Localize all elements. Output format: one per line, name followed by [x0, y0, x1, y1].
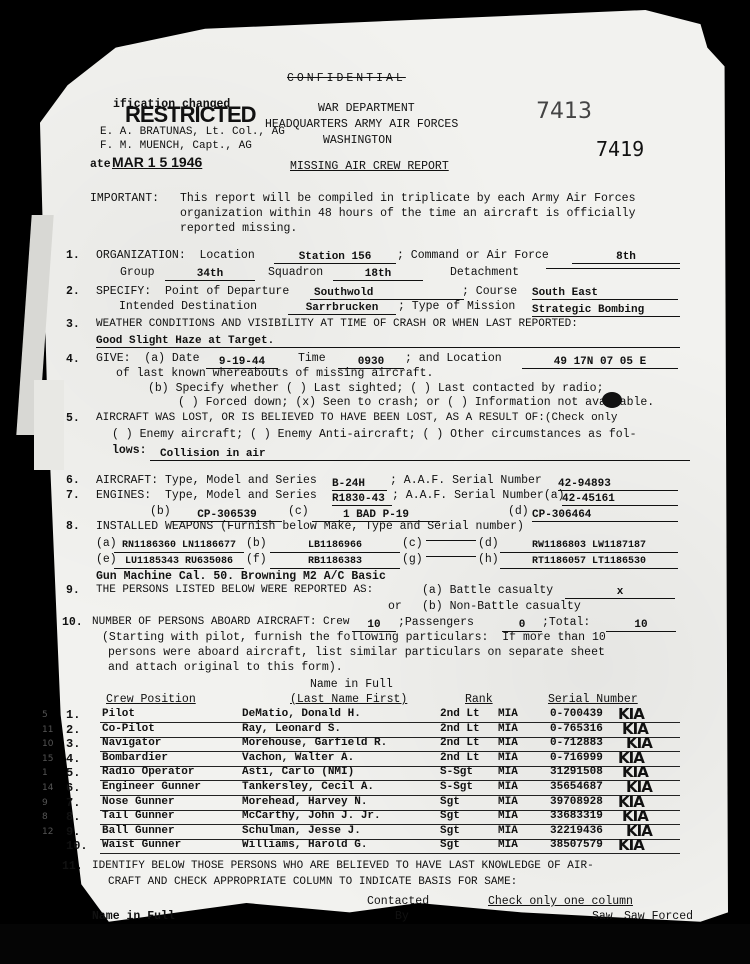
row-number: 4. [66, 752, 80, 766]
crew-name: Asti, Carlo (NMI) [242, 766, 354, 778]
declassification-date: MAR 1 5 1946 [112, 156, 202, 169]
crew-status: MIA [498, 796, 518, 808]
item-10-number: 10. [62, 616, 83, 629]
row-number: 1. [66, 708, 80, 722]
weapon-h-field: RT1186057 LT1186530 [500, 556, 678, 569]
weather-label: WEATHER CONDITIONS AND VISIBILITY AT TIM… [96, 318, 578, 331]
group-field: 34th [165, 268, 255, 281]
non-battle-casualty-label: (b) Non-Battle casualty [422, 600, 581, 613]
name-full-header: Name in Full [92, 910, 175, 923]
item-5-number: 5. [66, 412, 80, 425]
crew-status: MIA [498, 810, 518, 822]
destination-label: Intended Destination [119, 300, 257, 313]
report-title: MISSING AIR CREW REPORT [290, 160, 449, 173]
crew-status: MIA [498, 708, 518, 720]
crew-position: Tail Gunner [102, 810, 175, 822]
name-header: (Last Name First) [290, 693, 407, 706]
crew-rank: 2nd Lt [440, 723, 480, 735]
item-2-number: 2. [66, 285, 80, 298]
rank-header: Rank [465, 693, 493, 706]
margin-note: 9 [42, 798, 48, 808]
battle-casualty-label: (a) Battle casualty [422, 584, 553, 597]
lost-line-2: ( ) Enemy aircraft; ( ) Enemy Anti-aircr… [112, 428, 637, 441]
department-title: WAR DEPARTMENT [318, 102, 415, 115]
row-number: 10. [66, 839, 88, 853]
table-row: Ball GunnerSchulman, Jesse J.SgtMIA32219… [100, 825, 680, 840]
total-label: ;Total: [542, 616, 590, 629]
weapons-label: INSTALLED WEAPONS (Furnish below Make, T… [96, 520, 524, 533]
course-label: ; Course [462, 285, 517, 298]
departure-field: Southwold [310, 287, 464, 300]
group-label: Group [120, 266, 155, 279]
row-number: 9. [66, 825, 80, 839]
detachment-label: Detachment [450, 266, 519, 279]
classification-struck: CONFIDENTIAL [287, 72, 406, 85]
destination-field: Sarrbrucken [288, 302, 396, 315]
item-3-number: 3. [66, 318, 80, 331]
course-field: South East [532, 287, 678, 300]
identify-line-2: CRAFT AND CHECK APPROPRIATE COLUMN TO IN… [108, 876, 517, 889]
saw-header: Saw [592, 910, 613, 923]
row-number: 2. [66, 723, 80, 737]
crew-serial: 0-700439 [550, 708, 603, 720]
report-number: 7419 [596, 138, 644, 160]
passengers-label: ;Passengers [398, 616, 474, 629]
weapon-c-field [426, 540, 476, 541]
item-7-number: 7. [66, 489, 80, 502]
kia-annotation: KIA [618, 836, 644, 854]
crew-position: Navigator [102, 737, 161, 749]
persons-aboard-label: NUMBER OF PERSONS ABOARD AIRCRAFT: Crew [92, 616, 349, 629]
table-row: Tail GunnerMcCarthy, John J. Jr.SgtMIA33… [100, 810, 680, 825]
crew-serial: 35654687 [550, 781, 603, 793]
crew-position: Nose Gunner [102, 796, 175, 808]
command-field: 8th [572, 251, 680, 264]
mission-field: Strategic Bombing [532, 304, 680, 317]
battle-casualty-field: x [565, 586, 675, 599]
crew-rank: S-Sgt [440, 766, 473, 778]
engines-label: ENGINES: Type, Model and Series [96, 489, 317, 502]
margin-note: 14 [42, 783, 53, 793]
crew-name: Ray, Leonard S. [242, 723, 341, 735]
table-row: Waist GunnerWilliams, Harold G.SgtMIA385… [100, 839, 680, 854]
location-field: Station 156 [274, 251, 396, 264]
table-row: BombardierVachon, Walter A.2nd LtMIA0-71… [100, 752, 680, 767]
item-9-number: 9. [66, 584, 80, 597]
row-number: 3. [66, 737, 80, 751]
weapon-d-label: (d) [478, 537, 499, 550]
persons-line-3: persons were aboard aircraft, list simil… [108, 646, 605, 659]
crew-name: Vachon, Walter A. [242, 752, 354, 764]
aircraft-serial-field: 42-94893 [558, 478, 678, 491]
mission-label: ; Type of Mission [398, 300, 515, 313]
weather-field: Good Slight Haze at Target. [96, 335, 680, 348]
important-line-3: reported missing. [180, 222, 297, 235]
by-header: By [395, 910, 409, 923]
detachment-field [546, 268, 680, 269]
table-row: Nose GunnerMorehead, Harvey N.SgtMIA3970… [100, 796, 680, 811]
important-line-1: This report will be compiled in triplica… [180, 192, 635, 205]
margin-note: 11 [42, 725, 53, 735]
crew-status: MIA [498, 766, 518, 778]
crew-serial: 33683319 [550, 810, 603, 822]
crew-serial: 31291508 [550, 766, 603, 778]
lost-line-3: lows: [112, 444, 147, 457]
weapon-f-field: RB1186383 [270, 556, 400, 569]
crew-name: Morehouse, Garfield R. [242, 737, 387, 749]
table-row: Radio OperatorAsti, Carlo (NMI)S-SgtMIA3… [100, 766, 680, 781]
torn-paper-fragment [34, 380, 64, 470]
engine-serial-label: ; A.A.F. Serial Number(a) [392, 489, 565, 502]
crew-position: Engineer Gunner [102, 781, 201, 793]
give-line-2: of last known whereabouts of missing air… [116, 367, 433, 380]
item-6-number: 6. [66, 474, 80, 487]
table-row: Co-PilotRay, Leonard S.2nd LtMIA0-765316 [100, 723, 680, 738]
give-line-3: (b) Specify whether ( ) Last sighted; ( … [148, 382, 603, 395]
coordinates-field: 49 17N 07 05 E [522, 356, 678, 369]
crew-serial: 0-716999 [550, 752, 603, 764]
important-line-2: organization within 48 hours of the time… [180, 207, 635, 220]
crew-serial: 38507579 [550, 839, 603, 851]
give-line-4: ( ) Forced down; (x) Seen to crash; or (… [178, 396, 654, 409]
crew-position: Pilot [102, 708, 135, 720]
authority-line-1: E. A. BRATUNAS, Lt. Col., AG [100, 126, 285, 139]
item-8-number: 8. [66, 520, 80, 533]
crew-status: MIA [498, 723, 518, 735]
crew-name: Morehead, Harvey N. [242, 796, 367, 808]
row-number: 5. [66, 766, 80, 780]
crew-rank: Sgt [440, 796, 460, 808]
table-row: NavigatorMorehouse, Garfield R.2nd LtMIA… [100, 737, 680, 752]
table-row: PilotDeMatio, Donald H.2nd LtMIA0-700439 [100, 708, 680, 723]
loss-cause-field: Collision in air [150, 448, 690, 461]
crew-name: Williams, Harold G. [242, 839, 367, 851]
crew-rank: Sgt [440, 825, 460, 837]
crew-serial: 0-765316 [550, 723, 603, 735]
crew-position: Co-Pilot [102, 723, 155, 735]
crew-status: MIA [498, 825, 518, 837]
crew-rank: 2nd Lt [440, 737, 480, 749]
crew-serial: 0-712883 [550, 737, 603, 749]
contacted-header: Contacted [367, 895, 429, 908]
item-1-number: 1. [66, 249, 80, 262]
persons-line-2: (Starting with pilot, furnish the follow… [102, 631, 606, 644]
time-label: Time [298, 352, 326, 365]
ink-blot [602, 392, 622, 408]
row-number: 8. [66, 810, 80, 824]
weapon-b-field: LB1186966 [270, 540, 400, 553]
crew-name: Tankersley, Cecil A. [242, 781, 374, 793]
engine-type-field: R1830-43 [332, 493, 392, 506]
check-one-header: Check only one column [488, 895, 633, 908]
hq-title: HEADQUARTERS ARMY AIR FORCES [265, 118, 458, 131]
command-label: ; Command or Air Force [397, 249, 549, 262]
margin-note: 1 [42, 768, 48, 778]
engine-a-field: 42-45161 [562, 493, 678, 506]
squadron-label: Squadron [268, 266, 323, 279]
engine-b-label: (b) [150, 505, 171, 518]
table-row: Engineer GunnerTankersley, Cecil A.S-Sgt… [100, 781, 680, 796]
squadron-field: 18th [333, 268, 423, 281]
weapon-f-label: (f) [246, 553, 267, 566]
margin-note: 12 [42, 827, 53, 837]
crew-name: Schulman, Jesse J. [242, 825, 361, 837]
crew-rank: S-Sgt [440, 781, 473, 793]
crew-name: McCarthy, John J. Jr. [242, 810, 381, 822]
crew-status: MIA [498, 781, 518, 793]
city-title: WASHINGTON [323, 134, 392, 147]
weapon-c-label: (c) [402, 537, 423, 550]
scan-border [0, 924, 750, 964]
crew-rank: Sgt [440, 839, 460, 851]
restricted-stamp: RESTRICTED [125, 108, 256, 121]
item-4-number: 4. [66, 353, 80, 366]
crew-serial: 32219436 [550, 825, 603, 837]
specify-label: SPECIFY: Point of Departure [96, 285, 289, 298]
margin-note: 8 [42, 812, 48, 822]
crew-rank: 2nd Lt [440, 752, 480, 764]
row-number: 6. [66, 781, 80, 795]
crew-position: Ball Gunner [102, 825, 175, 837]
crew-serial: 39708928 [550, 796, 603, 808]
crew-position: Waist Gunner [102, 839, 181, 851]
date-label: ate [90, 158, 111, 171]
handwritten-number: 7413 [536, 100, 592, 124]
aircraft-type-field: B-24H [332, 478, 387, 491]
crew-rank: Sgt [440, 810, 460, 822]
total-field: 10 [606, 619, 676, 632]
item-11-number: 11. [62, 860, 83, 873]
weapon-g-field [426, 556, 476, 557]
name-header-top: Name in Full [310, 678, 393, 691]
engine-c-label: (c) [288, 505, 309, 518]
weapon-h-label: (h) [478, 553, 499, 566]
engine-d-label: (d) [508, 505, 529, 518]
weapons-note: Gun Machine Cal. 50. Browning M2 A/C Bas… [96, 570, 386, 583]
margin-note: 5 [42, 710, 48, 720]
crew-status: MIA [498, 752, 518, 764]
identify-line-1: IDENTIFY BELOW THOSE PERSONS WHO ARE BEL… [92, 860, 594, 873]
position-header: Crew Position [106, 693, 196, 706]
reported-as-label: THE PERSONS LISTED BELOW WERE REPORTED A… [96, 584, 373, 597]
aircraft-label: AIRCRAFT: Type, Model and Series [96, 474, 317, 487]
weapon-g-label: (g) [402, 553, 423, 566]
crew-rank: 2nd Lt [440, 708, 480, 720]
crew-status: MIA [498, 737, 518, 749]
weapon-e-field: LU1185343 RU635086 [114, 556, 244, 569]
weapon-a-field: RN1186360 LN1186677 [114, 540, 244, 553]
location-label: ; and Location [405, 352, 502, 365]
weapon-b-label: (b) [246, 537, 267, 550]
saw-forced-header: Saw Forced [624, 910, 693, 923]
or-label: or [388, 600, 402, 613]
important-label: IMPORTANT: [90, 192, 159, 205]
persons-line-4: and attach original to this form). [108, 661, 343, 674]
margin-note: 10 [42, 739, 53, 749]
aircraft-serial-label: ; A.A.F. Serial Number [390, 474, 542, 487]
organization-label: ORGANIZATION: Location [96, 249, 255, 262]
give-label: GIVE: (a) Date [96, 352, 200, 365]
crew-name: DeMatio, Donald H. [242, 708, 361, 720]
row-number: 7. [66, 796, 80, 810]
weapon-d-field: RW1186803 LW1187187 [500, 540, 678, 553]
crew-status: MIA [498, 839, 518, 851]
margin-note: 15 [42, 754, 53, 764]
engine-d-field: CP-306464 [532, 509, 678, 522]
lost-line-1: AIRCRAFT WAS LOST, OR IS BELIEVED TO HAV… [96, 412, 618, 425]
crew-position: Bombardier [102, 752, 168, 764]
crew-position: Radio Operator [102, 766, 194, 778]
authority-line-2: F. M. MUENCH, Capt., AG [100, 140, 252, 153]
